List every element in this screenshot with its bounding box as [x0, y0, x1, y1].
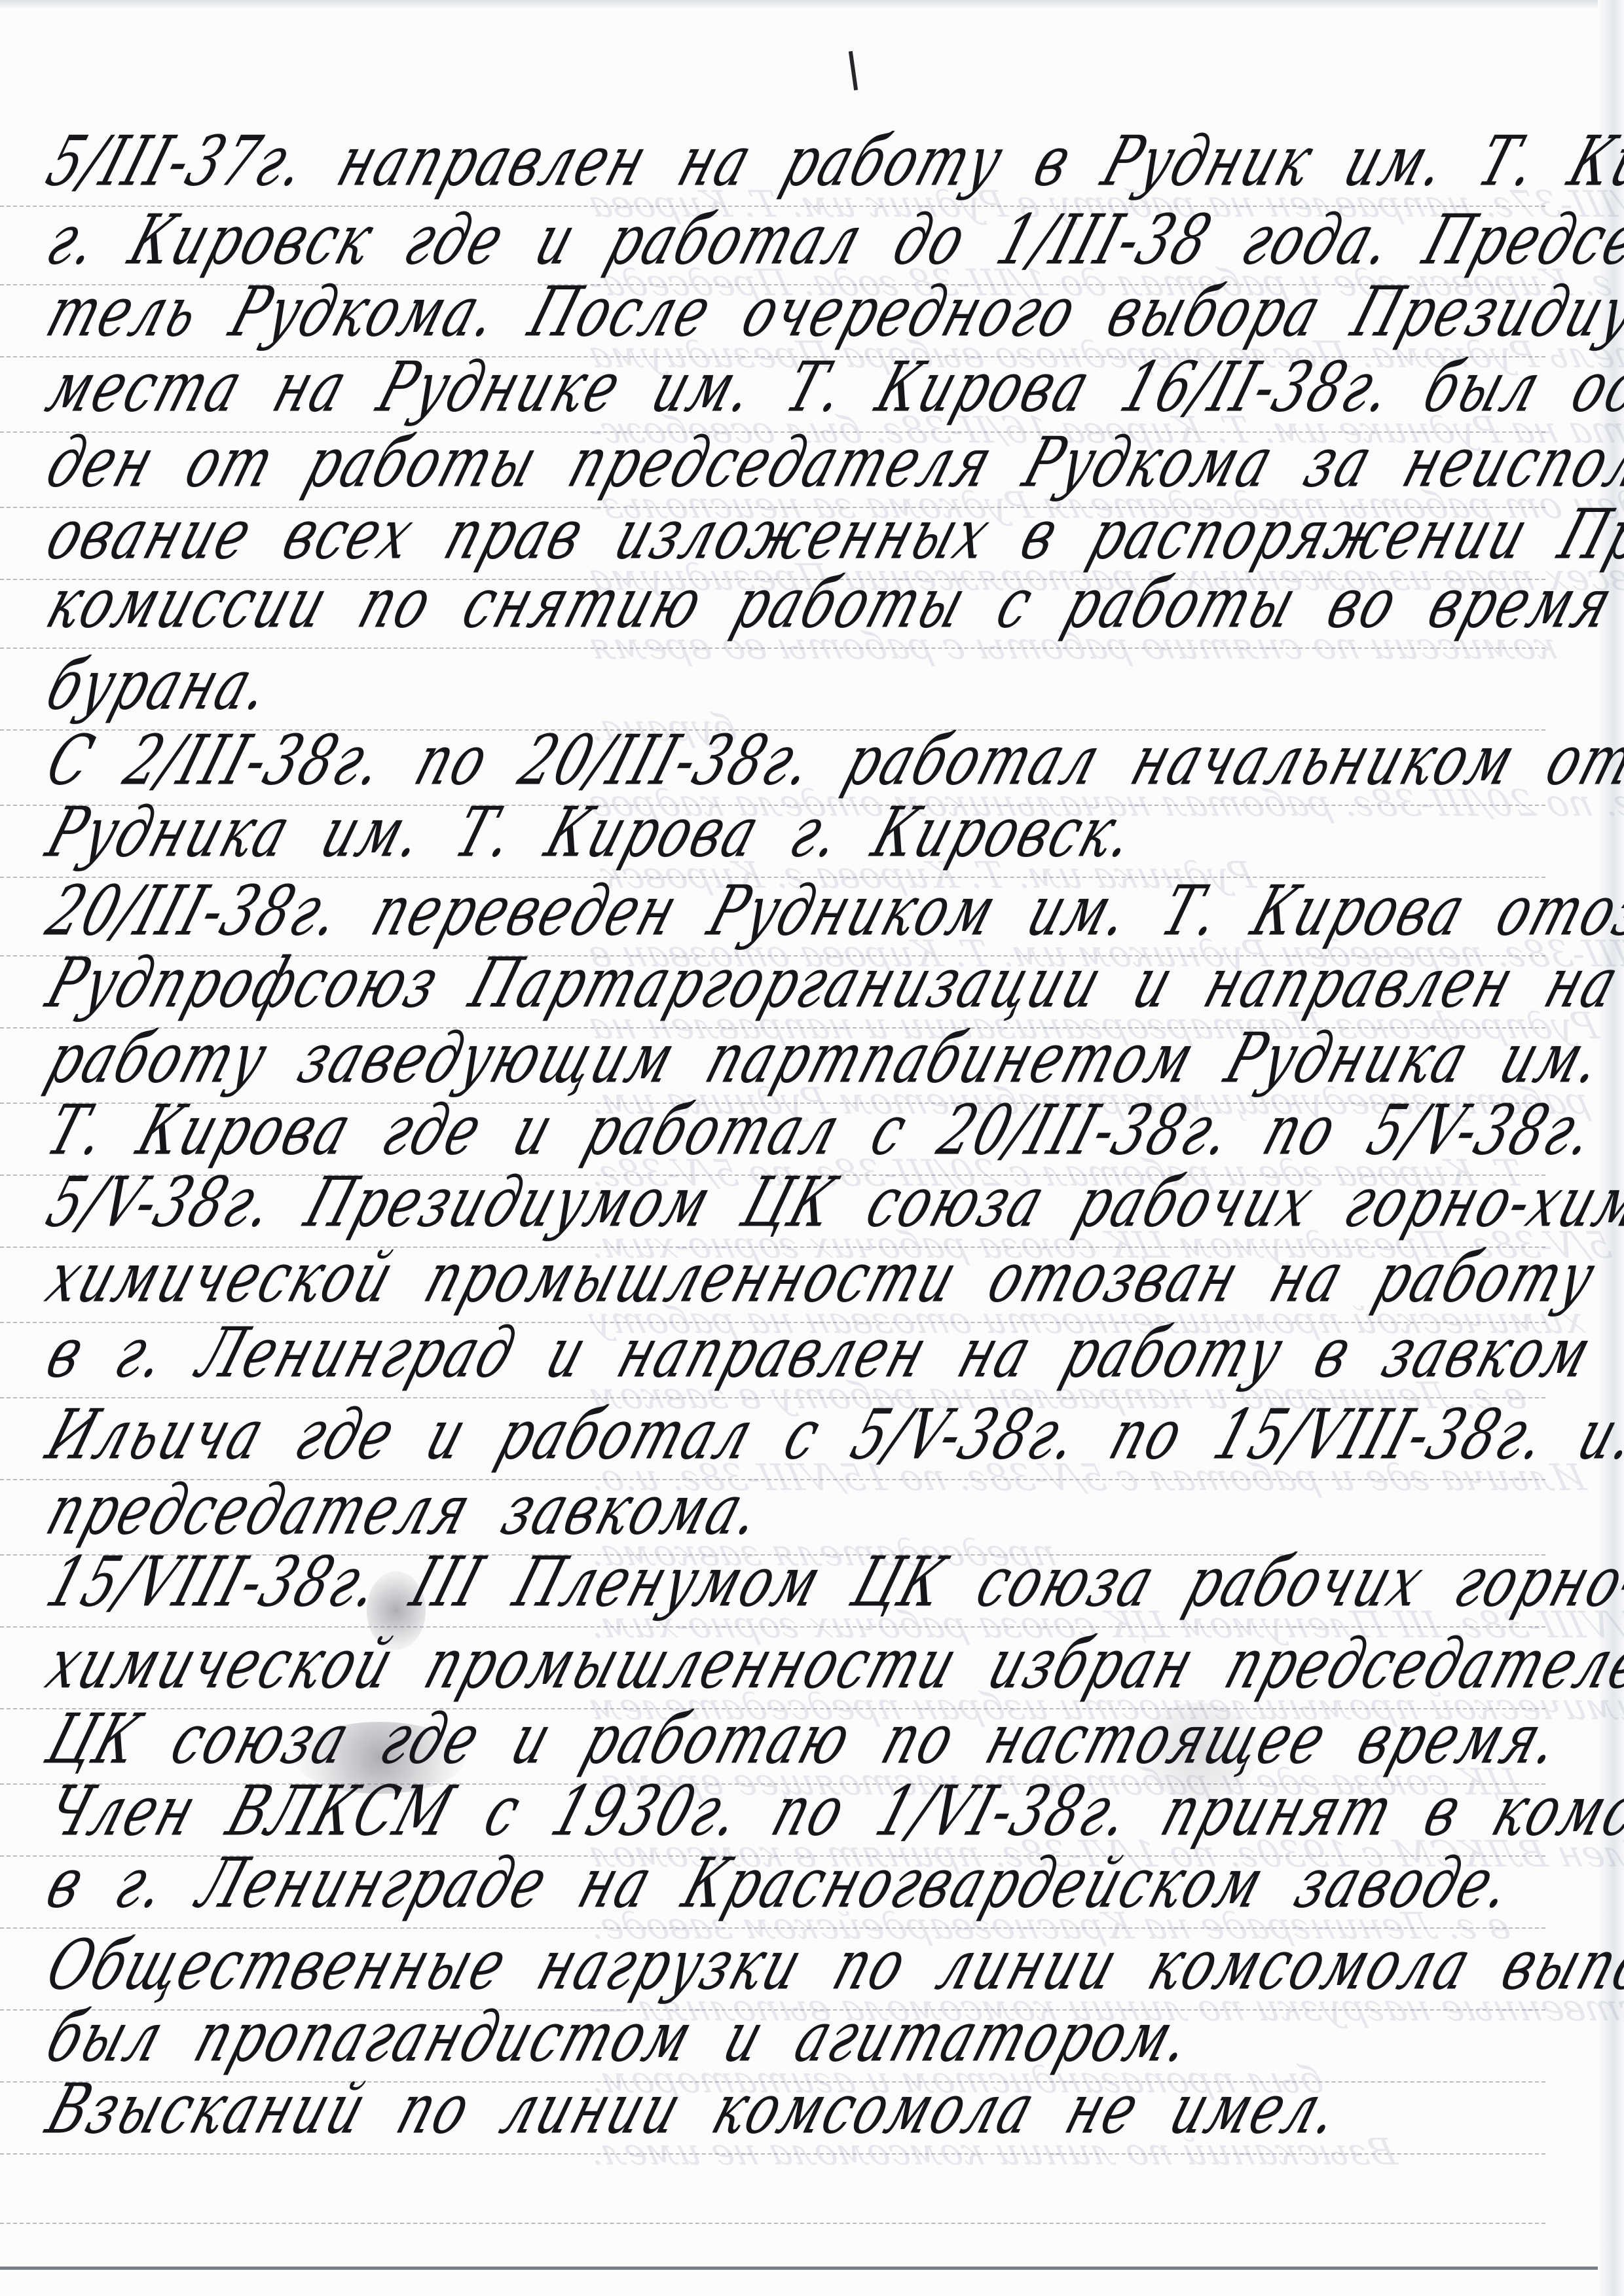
text-line: 15/VIII-38г. III Пленумом ЦК союза рабоч… — [39, 1548, 1594, 1617]
text-line: Общественные нагрузки по линии комсомола… — [39, 1931, 1594, 2000]
text-line: в г. Ленинграде на Красногвардейском зав… — [39, 1850, 1594, 1918]
text-line: бурана. — [39, 651, 1594, 720]
text-line: Член ВЛКСМ с 1930г. по 1/VI-38г. принят … — [39, 1777, 1594, 1846]
text-line: г. Кировск где и работал до 1/III-38 год… — [39, 206, 1594, 275]
ruled-line — [0, 2223, 1545, 2224]
text-line: 5/III-37г. направлен на работу в Рудник … — [39, 128, 1594, 196]
text-line: комиссии по снятию работы с работы во вр… — [39, 570, 1594, 638]
text-line: химической промышленности отозван на раб… — [39, 1244, 1594, 1313]
text-line: С 2/III-38г. по 20/III-38г. работал нача… — [39, 727, 1594, 795]
text-line: Рудника им. Т. Кирова г. Кировск. — [39, 799, 1594, 867]
text-line: ЦК союза где и работаю по настоящее врем… — [39, 1705, 1594, 1774]
text-line: председателя завкома. — [39, 1476, 1594, 1545]
top-pencil-mark — [849, 51, 858, 90]
text-line: места на Руднике им. Т. Кирова 16/II-38г… — [39, 354, 1594, 422]
text-line: тель Рудкома. После очередного выбора Пр… — [39, 278, 1594, 347]
text-line: Т. Кирова где и работал с 20/III-38г. по… — [39, 1097, 1594, 1165]
scan-top-edge — [0, 0, 1624, 9]
text-line: ование всех прав изложенных в распоряжен… — [39, 501, 1594, 570]
text-line: работу заведующим партпабинетом Рудника … — [39, 1025, 1594, 1093]
text-line: Взысканий по линии комсомола не имел. — [39, 2075, 1594, 2144]
text-line: 20/III-38г. переведен Рудником им. Т. Ки… — [39, 877, 1594, 946]
text-line: 5/V-38г. Президиумом ЦК союза рабочих го… — [39, 1169, 1594, 1237]
text-line: Ильича где и работал с 5/V-38г. по 15/VI… — [39, 1401, 1594, 1470]
text-line: в г. Ленинград и направлен на работу в з… — [39, 1319, 1594, 1388]
text-line: был пропагандистом и агитатором. — [39, 2003, 1594, 2072]
page-bottom-border — [0, 2267, 1598, 2270]
text-line: Рудпрофсоюз Партаргорганизации и направл… — [39, 949, 1594, 1018]
text-line: химической промышленности избран председ… — [39, 1630, 1594, 1699]
text-line: ден от работы председателя Рудкома за не… — [39, 429, 1594, 498]
document-page: 5/III-37г. направлен на работу в Рудник … — [0, 0, 1624, 2296]
ruled-line — [0, 2153, 1545, 2155]
